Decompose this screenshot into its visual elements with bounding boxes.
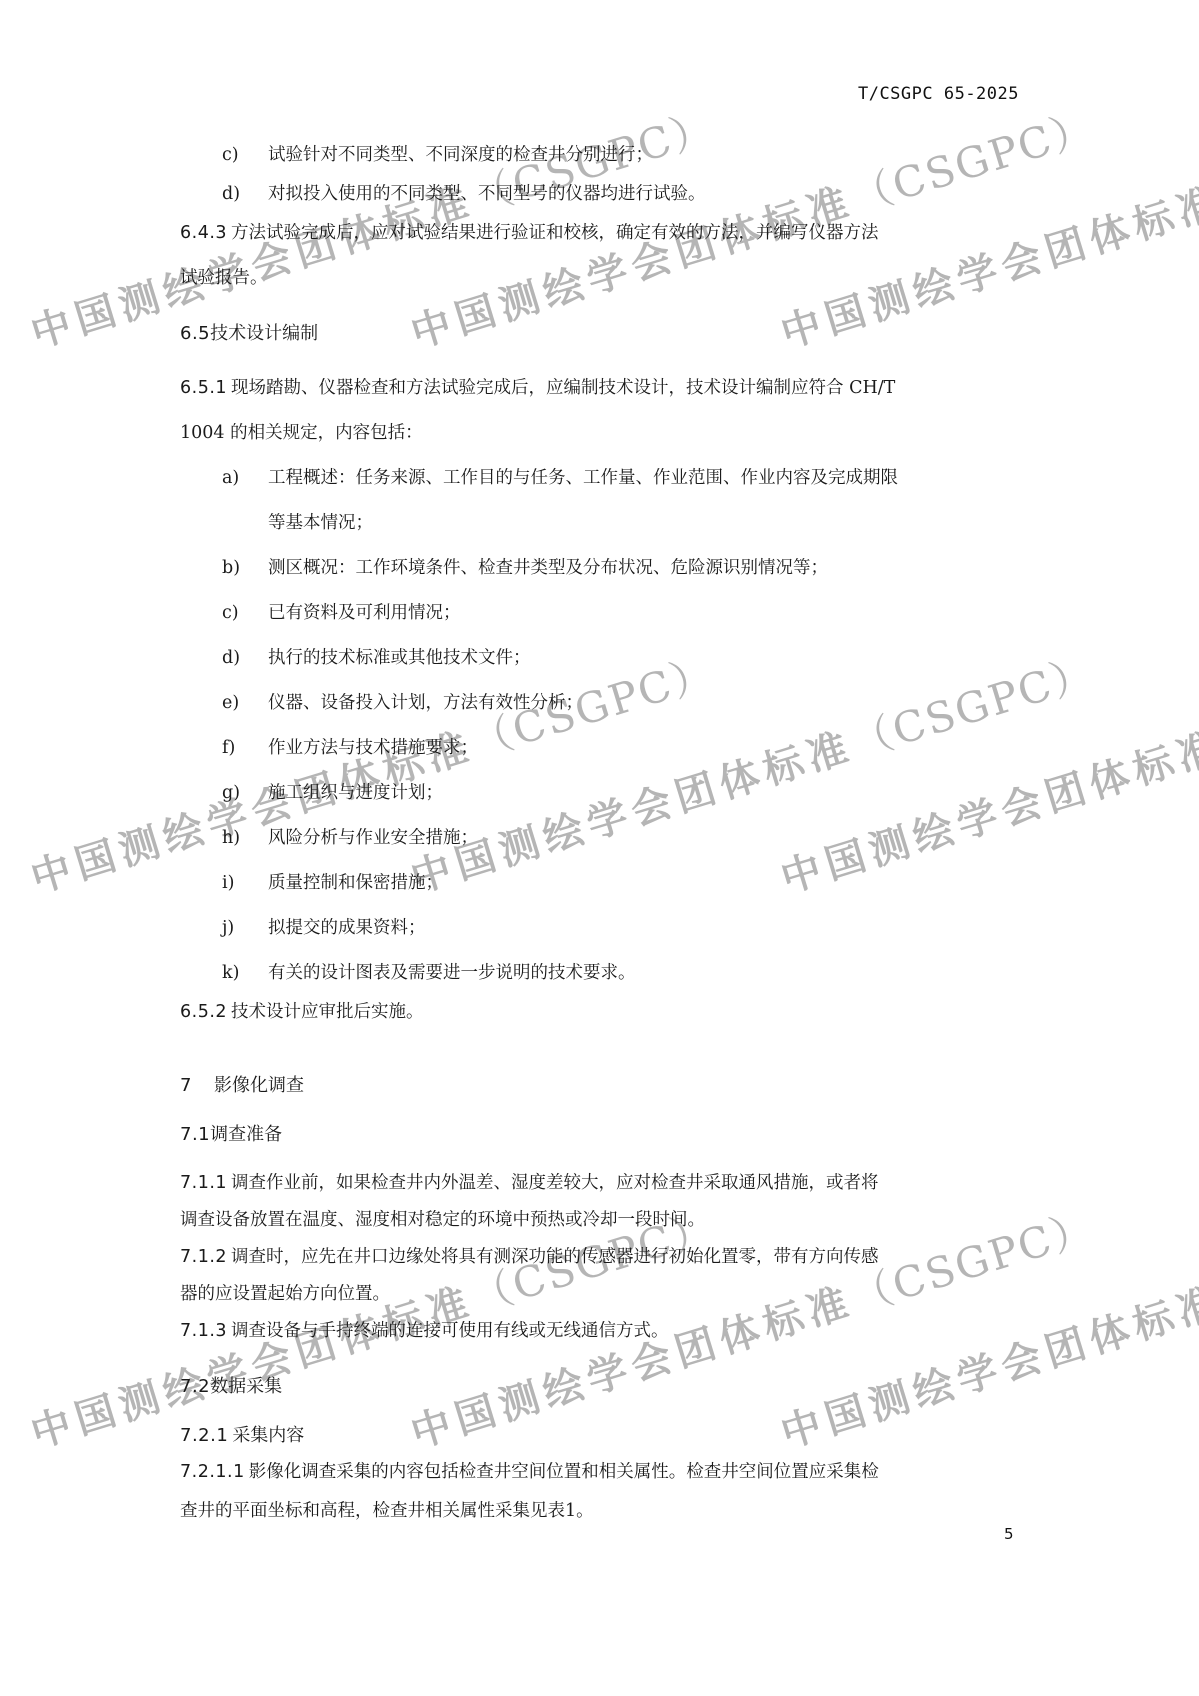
list-marker: i) — [222, 866, 234, 901]
list-item-text: 等基本情况； — [268, 513, 373, 533]
list-item: i) 质量控制和保密措施； — [180, 866, 1018, 901]
list-item-text: 已有资料及可利用情况； — [268, 603, 461, 623]
list-item-text: 施工组织与进度计划； — [268, 783, 443, 803]
list-item: d) 执行的技术标准或其他技术文件； — [180, 641, 1018, 676]
clause-6-4-3: 6.4.3方法试验完成后，应对试验结果进行验证和校核，确定有效的方法，并编写仪器… — [180, 216, 1018, 296]
list-marker: h) — [222, 821, 240, 856]
list-marker: d) — [222, 641, 240, 676]
list-item: a) 工程概述：任务来源、工作目的与任务、工作量、作业范围、作业内容及完成期限 — [180, 461, 1018, 496]
clause-text: 试验报告。 — [180, 261, 1018, 296]
clause-7-1-3: 7.1.3调查设备与手持终端的连接可使用有线或无线通信方式。 — [180, 1314, 1018, 1349]
list-item-text: 风险分析与作业安全措施； — [268, 828, 478, 848]
clause-text: 调查作业前，如果检查井内外温差、湿度差较大，应对检查井采取通风措施，或者将 — [231, 1173, 879, 1193]
list-marker: d) — [222, 177, 240, 212]
list-marker: f) — [222, 731, 235, 766]
list-item: j) 拟提交的成果资料； — [180, 911, 1018, 946]
list-item-text: 测区概况：工作环境条件、检查井类型及分布状况、危险源识别情况等； — [268, 558, 828, 578]
list-marker: c) — [222, 596, 239, 631]
document-body: c) 试验针对不同类型、不同深度的检查井分别进行； d) 对拟投入使用的不同类型… — [180, 138, 1018, 1529]
section-heading-7-1: 7.1调查准备 — [180, 1117, 1018, 1152]
heading-text: 采集内容 — [232, 1425, 304, 1446]
clause-number: 7.1.1 — [180, 1173, 227, 1193]
clause-number: 6.5.2 — [180, 1002, 227, 1022]
list-item-continuation: 等基本情况； — [180, 506, 1018, 541]
section-heading-7-2: 7.2数据采集 — [180, 1369, 1018, 1404]
list-item-text: 对拟投入使用的不同类型、不同型号的仪器均进行试验。 — [268, 184, 706, 204]
section-heading-6-5: 6.5技术设计编制 — [180, 316, 1018, 351]
clause-text: 技术设计应审批后实施。 — [231, 1002, 424, 1022]
document-code: T/CSGPC 65-2025 — [858, 84, 1019, 104]
heading-text: 数据采集 — [210, 1376, 282, 1397]
list-item-text: 作业方法与技术措施要求； — [268, 738, 478, 758]
clause-number: 7.1.3 — [180, 1321, 227, 1341]
list-item: c) 试验针对不同类型、不同深度的检查井分别进行； — [180, 138, 1018, 173]
list-item-text: 有关的设计图表及需要进一步说明的技术要求。 — [268, 963, 636, 983]
list-item: b) 测区概况：工作环境条件、检查井类型及分布状况、危险源识别情况等； — [180, 551, 1018, 586]
chapter-heading-7: 7影像化调查 — [180, 1068, 1018, 1103]
list-item-text: 执行的技术标准或其他技术文件； — [268, 648, 531, 668]
list-item: d) 对拟投入使用的不同类型、不同型号的仪器均进行试验。 — [180, 177, 1018, 212]
clause-text: 影像化调查采集的内容包括检查井空间位置和相关属性。检查井空间位置应采集检 — [249, 1462, 879, 1482]
page-number: 5 — [1004, 1525, 1014, 1543]
clause-7-1-1: 7.1.1调查作业前，如果检查井内外温差、湿度差较大，应对检查井采取通风措施，或… — [180, 1166, 1018, 1238]
list-marker: b) — [222, 551, 240, 586]
clause-number: 6.4.3 — [180, 223, 227, 243]
list-item: f) 作业方法与技术措施要求； — [180, 731, 1018, 766]
clause-7-1-2: 7.1.2调查时，应先在井口边缘处将具有测深功能的传感器进行初始化置零，带有方向… — [180, 1240, 1018, 1312]
list-marker: e) — [222, 686, 239, 721]
clause-text: 现场踏勘、仪器检查和方法试验完成后，应编制技术设计，技术设计编制应符合 CH/T — [231, 378, 895, 398]
list-marker: j) — [222, 911, 234, 946]
document-page: 中国测绘学会团体标准（CSGPC） 中国测绘学会团体标准（CSGPC） 中国测绘… — [0, 0, 1199, 1696]
clause-number: 6.5.1 — [180, 378, 227, 398]
heading-number: 6.5 — [180, 323, 210, 344]
list-marker: g) — [222, 776, 240, 811]
clause-text: 器的应设置起始方向位置。 — [180, 1277, 1018, 1312]
clause-6-5-1: 6.5.1现场踏勘、仪器检查和方法试验完成后，应编制技术设计，技术设计编制应符合… — [180, 371, 1018, 451]
list-marker: c) — [222, 138, 239, 173]
clause-text: 方法试验完成后，应对试验结果进行验证和校核，确定有效的方法，并编写仪器方法 — [231, 223, 879, 243]
list-item-text: 工程概述：任务来源、工作目的与任务、工作量、作业范围、作业内容及完成期限 — [268, 468, 898, 488]
clause-text: 调查设备与手持终端的连接可使用有线或无线通信方式。 — [231, 1321, 669, 1341]
list-item-text: 仪器、设备投入计划，方法有效性分析； — [268, 693, 583, 713]
list-item: c) 已有资料及可利用情况； — [180, 596, 1018, 631]
subsection-heading-7-2-1: 7.2.1采集内容 — [180, 1418, 1018, 1453]
clause-number: 7.1.2 — [180, 1247, 227, 1267]
heading-text: 调查准备 — [210, 1124, 282, 1145]
heading-number: 7.2.1 — [180, 1425, 228, 1446]
clause-text: 查井的平面坐标和高程，检查井相关属性采集见表1。 — [180, 1494, 1018, 1529]
list-marker: k) — [222, 956, 239, 991]
list-marker: a) — [222, 461, 239, 496]
heading-number: 7.1 — [180, 1124, 210, 1145]
list-item: k) 有关的设计图表及需要进一步说明的技术要求。 — [180, 956, 1018, 991]
list-item-text: 拟提交的成果资料； — [268, 918, 426, 938]
chapter-title: 影像化调查 — [214, 1075, 304, 1096]
clause-7-2-1-1: 7.2.1.1影像化调查采集的内容包括检查井空间位置和相关属性。检查井空间位置应… — [180, 1455, 1018, 1529]
list-item: e) 仪器、设备投入计划，方法有效性分析； — [180, 686, 1018, 721]
chapter-number: 7 — [180, 1075, 192, 1096]
list-item: h) 风险分析与作业安全措施； — [180, 821, 1018, 856]
clause-text: 1004 的相关规定，内容包括： — [180, 416, 1018, 451]
clause-6-5-2: 6.5.2技术设计应审批后实施。 — [180, 995, 1018, 1030]
clause-text: 调查设备放置在温度、湿度相对稳定的环境中预热或冷却一段时间。 — [180, 1203, 1018, 1238]
list-item: g) 施工组织与进度计划； — [180, 776, 1018, 811]
heading-text: 技术设计编制 — [210, 323, 318, 344]
clause-text: 调查时，应先在井口边缘处将具有测深功能的传感器进行初始化置零，带有方向传感 — [231, 1247, 879, 1267]
heading-number: 7.2 — [180, 1376, 210, 1397]
list-item-text: 质量控制和保密措施； — [268, 873, 443, 893]
clause-number: 7.2.1.1 — [180, 1462, 245, 1482]
list-item-text: 试验针对不同类型、不同深度的检查井分别进行； — [268, 145, 653, 165]
